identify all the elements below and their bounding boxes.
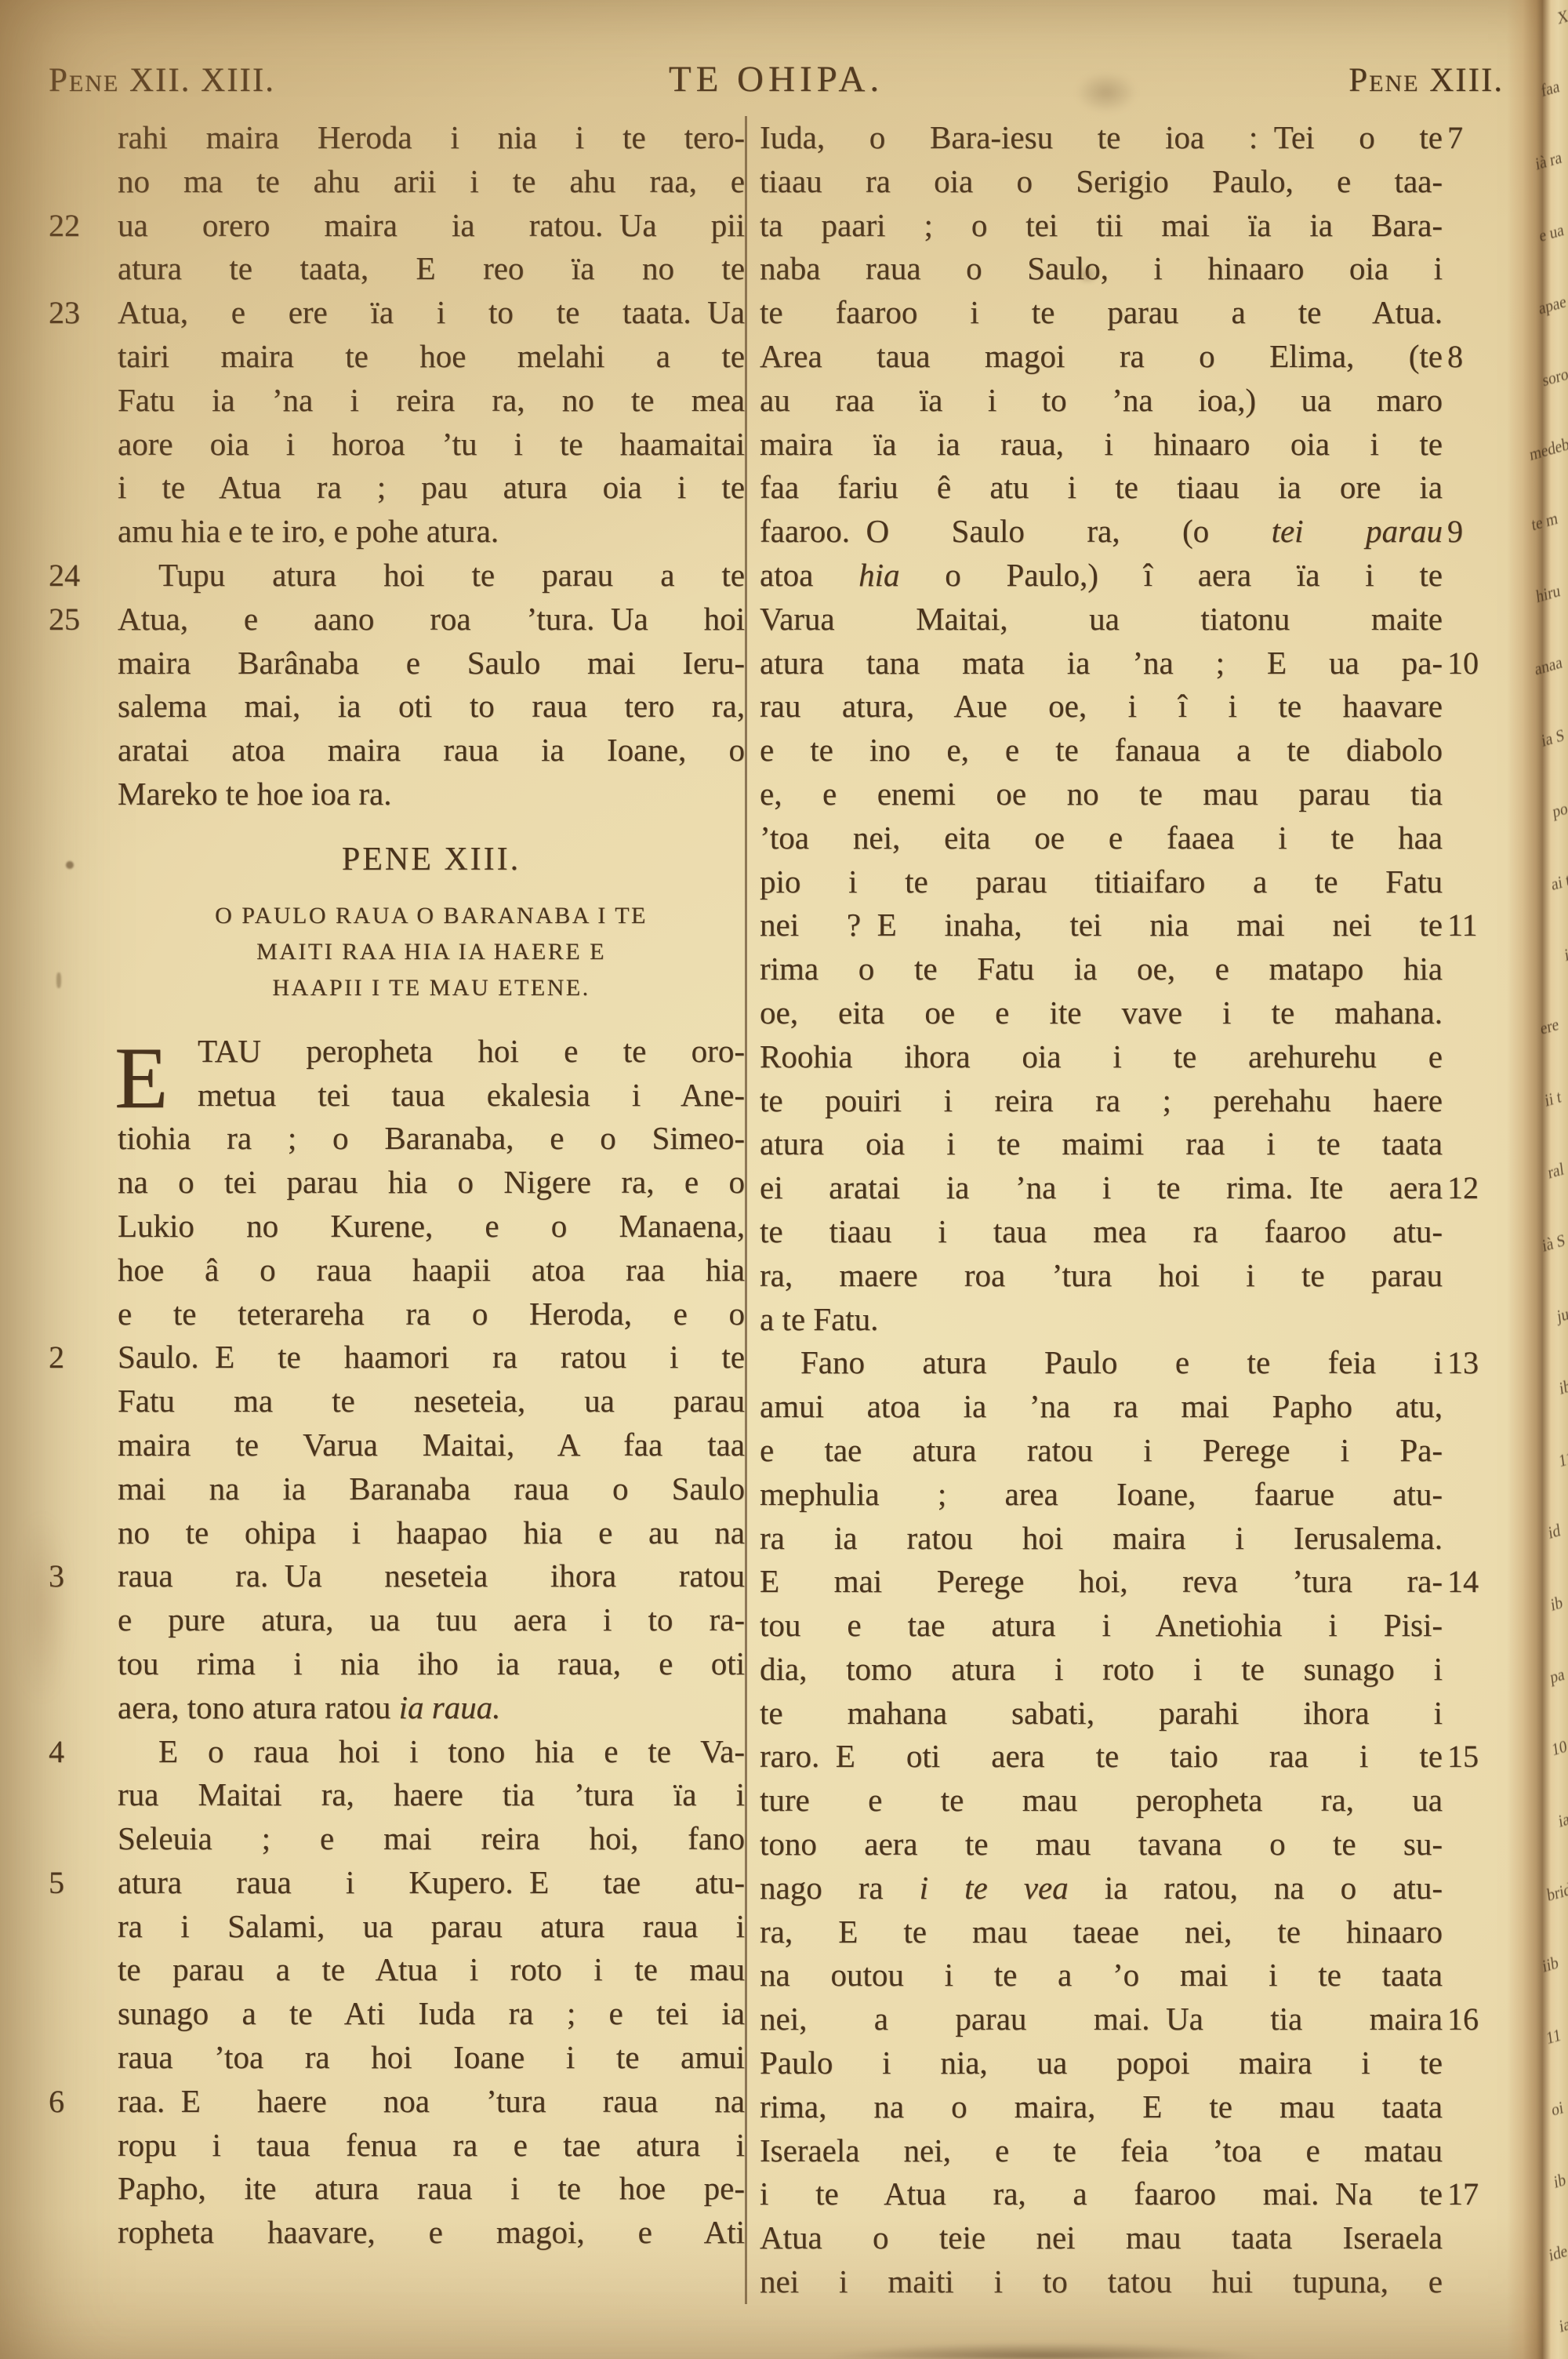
verse-number: 17 [1447,2172,1493,2216]
text-line: pio i te parau titiaifaro a te Fatu [760,860,1443,904]
text-line: ropu i taua fenua ra e tae atura i [118,2124,745,2168]
text-line-content: atura raua i Kupero. E tae atu- [118,1864,745,1900]
text-line-content: amui atoa ia ’na ra mai Papho atu, [760,1388,1443,1424]
text-line: Fano atura Paulo e te feia i13 [760,1341,1443,1385]
curl-text-fragment: ib [1553,2169,1567,2193]
text-line: atura te taata, E reo ïa no te [118,247,745,291]
text-line-content: amu hia e te iro, e pohe atura. [118,513,499,549]
text-line: Fatu ia ’na i reira ra, no te mea [118,379,745,423]
text-line-content: Tupu atura hoi te parau a te [158,557,745,593]
verse-number: 3 [49,1554,103,1598]
text-line: Mareko te hoe ioa ra. [118,772,745,816]
text-line-content: e tae atura ratou i Perege i Pa- [760,1432,1443,1468]
curl-text-fragment: id [1548,1520,1562,1543]
text-line: nei ? E inaha, tei nia mai nei te11 [760,903,1443,947]
text-line-content: Varua Maitai, ua tiatonu maite [760,601,1443,637]
text-line: rahi maira Heroda i nia i te tero- [118,116,745,160]
verse-number: 10 [1447,642,1493,685]
text-line-content: na o tei parau hia o Nigere ra, e o [118,1164,745,1200]
text-line: naba raua o Saulo, i hinaaro oia i [760,247,1443,291]
verse-number: 7 [1447,116,1493,160]
text-line-content: rima o te Fatu ia oe, e matapo hia [760,951,1443,987]
running-head-title: TE OHIPA. [669,58,884,100]
column-left: rahi maira Heroda i nia i te tero-no ma … [49,116,745,2304]
verse-number: 11 [1447,903,1493,947]
text-line-content: raua ra. Ua neseteia ihora ratou [118,1558,745,1594]
text-line: i te Atua ra ; pau atura oia i te [118,466,745,510]
text-line-content: ei aratai ia ’na i te rima. Ite aera [760,1169,1443,1205]
text-line-content: tiaau ra oia o Serigio Paulo, e taa- [760,163,1443,199]
text-line: atura raua i Kupero. E tae atu-5 [118,1861,745,1905]
curl-text-fragment: ia [1558,1808,1568,1832]
text-line-content: mai na ia Baranaba raua o Saulo [118,1470,745,1507]
text-line-content: tiohia ra ; o Baranaba, e o Simeo- [118,1120,745,1156]
curl-text-fragment: ai t [1550,870,1568,896]
text-line: te tiaau i taua mea ra faaroo atu- [760,1210,1443,1254]
text-line-content: hoe â o raua haapii atoa raa hia [118,1252,745,1288]
text-line: ta paari ; o tei tii mai ïa ia Bara- [760,204,1443,248]
text-line-content: te mahana sabati, parahi ihora i [760,1695,1443,1731]
page-curl: XIfaaià rae uaapaesoromedebte mhiruanaai… [1507,0,1568,2359]
text-line-content: e te teterareha ra o Heroda, e o [118,1296,745,1332]
text-line: Tupu atura hoi te parau a te24 [118,554,745,598]
text-line-content: ra, maere roa ’tura hoi i te parau [760,1257,1443,1293]
text-line: nago ra i te vea ia ratou, na o atu- [760,1866,1443,1910]
text-line: sunago a te Ati Iuda ra ; e tei ia [118,1992,745,2036]
verse-number: 12 [1447,1166,1493,1210]
text-line: no te ohipa i haapao hia e au na [118,1511,745,1555]
text-line: na o tei parau hia o Nigere ra, e o [118,1161,745,1205]
text-line-content: Atua, e aano roa ’tura. Ua hoi [118,601,745,637]
text-line: Roohia ihora oia i te arehurehu e [760,1035,1443,1079]
text-line-content: mephulia ; area Ioane, faarue atu- [760,1476,1443,1512]
text-line: Lukio no Kurene, e o Manaena, [118,1205,745,1249]
text-line: e te ino e, e te fanaua a te diabolo [760,729,1443,772]
text-line: Saulo. E te haamori ra ratou i te2 [118,1336,745,1379]
text-line-content: Atua, e ere ïa i to te taata. Ua [118,294,745,330]
text-line-content: nei, a parau mai. Ua tia maira [760,2001,1443,2037]
text-line: aore oia i horoa ’tu i te haamaitai [118,423,745,467]
text-line: dia, tomo atura i roto i te sunago i [760,1648,1443,1692]
text-line-content: nei ? E inaha, tei nia mai nei te [760,907,1443,943]
text-line: faaroo. O Saulo ra, (o tei parau9 [760,510,1443,554]
text-line-content: oe, eita oe e ite vave i te mahana. [760,994,1443,1030]
verse-number: 14 [1447,1560,1493,1604]
curl-text-fragment: pa [1549,1664,1566,1688]
curl-text-fragment: ib [1550,1592,1564,1616]
text-line-content: Fatu ma te neseteia, ua parau [118,1383,745,1419]
text-line-content: metua tei taua ekalesia i Ane- [198,1077,745,1113]
text-line-content: pio i te parau titiaifaro a te Fatu [760,863,1443,900]
text-line-content: rahi maira Heroda i nia i te tero- [118,119,745,155]
text-line-content: no ma te ahu arii i te ahu raa, e [118,163,745,199]
text-line: Area taua magoi ra o Elima, (te8 [760,335,1443,379]
text-line-content: a te Fatu. [760,1301,878,1337]
text-line-content: Iuda, o Bara-iesu te ioa : Tei o te [760,119,1443,155]
text-line-content: e pure atura, ua tuu aera i to ra- [118,1601,745,1637]
text-line: ei aratai ia ’na i te rima. Ite aera12 [760,1166,1443,1210]
text-line: E o raua hoi i tono hia e te Va-4 [118,1730,745,1774]
chapter-subtitle-line: MAITI RAA HIA IA HAERE E [118,934,745,970]
text-line-content: e, e enemi oe no te mau parau tia [760,776,1443,812]
verse-number: 2 [49,1336,103,1379]
text-line-content: Papho, ite atura raua i te hoe pe- [118,2170,745,2206]
text-line: raua ’toa ra hoi Ioane i te amui [118,2036,745,2080]
running-header: Pene XII. XIII. TE OHIPA. Pene XIII. [49,58,1504,100]
text-line-content: Fatu ia ’na i reira ra, no te mea [118,382,745,418]
text-line-content: i te Atua ra ; pau atura oia i te [118,469,745,505]
text-line: Iuda, o Bara-iesu te ioa : Tei o te7 [760,116,1443,160]
text-line: mephulia ; area Ioane, faarue atu- [760,1473,1443,1517]
text-line: oe, eita oe e ite vave i te mahana. [760,991,1443,1035]
text-line: te faaroo i te parau a te Atua. [760,291,1443,335]
text-line-content: ra ia ratou hoi maira i Ierusalema. [760,1520,1443,1556]
text-line-content: tairi maira te hoe melahi a te [118,338,745,374]
text-line-content: maira te Varua Maitai, A faa taa [118,1427,745,1463]
text-line: raro. E oti aera te taio raa i te15 [760,1735,1443,1779]
curl-text-fragment: XI [1556,4,1568,29]
text-line-content: au raa ïa i to ’na ioa,) ua maro [760,382,1443,418]
verse-number: 5 [49,1861,103,1905]
text-line: ra, maere roa ’tura hoi i te parau [760,1254,1443,1298]
text-line-content: aera, tono atura ratou ia raua. [118,1689,500,1725]
text-line: no ma te ahu arii i te ahu raa, e [118,160,745,204]
text-line-content: maira Barânaba e Saulo mai Ieru- [118,645,745,681]
text-line: rua Maitai ra, haere tia ’tura ïa i [118,1773,745,1817]
text-columns: rahi maira Heroda i nia i te tero-no ma … [49,116,1504,2304]
text-line: ra ia ratou hoi maira i Ierusalema. [760,1517,1443,1561]
curl-text-fragment: oi [1551,2097,1565,2121]
text-line-content: Mareko te hoe ioa ra. [118,776,391,812]
text-line: tairi maira te hoe melahi a te [118,335,745,379]
text-line-content: rua Maitai ra, haere tia ’tura ïa i [118,1776,745,1812]
text-line-content: salema mai, ia oti to raua tero ra, [118,688,745,724]
text-line: amu hia e te iro, e pohe atura. [118,510,745,554]
text-line: a te Fatu. [760,1298,1443,1342]
text-line-content: tou e tae atura i Anetiohia i Pisi- [760,1607,1443,1643]
text-line-content: atura tana mata ia ’na ; E ua pa- [760,645,1443,681]
text-line: i te Atua ra, a faaroo mai. Na te17 [760,2172,1443,2216]
chapter-subtitle: O PAULO RAUA O BARANABA I TEMAITI RAA HI… [118,898,745,1006]
text-line-content: ua orero maira ia ratou. Ua pii [118,207,745,243]
verse-number: 4 [49,1730,103,1774]
text-line: tou rima i nia iho ia raua, e oti [118,1642,745,1686]
text-line: Atua, e ere ïa i to te taata. Ua23 [118,291,745,335]
text-line: aera, tono atura ratou ia raua. [118,1686,745,1730]
text-line: ture e te mau peropheta ra, ua [760,1779,1443,1823]
text-line-content: E mai Perege hoi, reva ’tura ra- [760,1563,1443,1599]
column-right: Iuda, o Bara-iesu te ioa : Tei o te7tiaa… [747,116,1504,2304]
text-line: nei i maiti i to tatou hui tupuna, e [760,2260,1443,2304]
text-line: raua ra. Ua neseteia ihora ratou3 [118,1554,745,1598]
text-line-content: ’toa nei, eita oe e faaea i te haa [760,820,1443,856]
text-line-content: sunago a te Ati Iuda ra ; e tei ia [118,1995,745,2031]
text-line-content: Area taua magoi ra o Elima, (te [760,338,1443,374]
text-line: Seleuia ; e mai reira hoi, fano [118,1817,745,1861]
text-line: rima, na o maira, E te mau taata [760,2085,1443,2129]
curl-text-fragment: 10 [1551,1736,1568,1760]
text-line: te mahana sabati, parahi ihora i [760,1692,1443,1736]
verse-number: 6 [49,2080,103,2124]
text-line: e pure atura, ua tuu aera i to ra- [118,1598,745,1642]
text-line-content: atura oia i te maimi raa i te taata [760,1125,1443,1161]
text-line: ra i Salami, ua parau atura raua i [118,1905,745,1949]
curl-text-fragment: ral [1547,1158,1565,1183]
text-line: tou e tae atura i Anetiohia i Pisi- [760,1604,1443,1648]
text-line-content: aratai atoa maira raua ia Ioane, o [118,732,745,768]
curl-text-fragment: 11 [1558,1447,1568,1471]
text-line: e, e enemi oe no te mau parau tia [760,772,1443,816]
text-line: amui atoa ia ’na ra mai Papho atu, [760,1385,1443,1429]
text-line-content: ropheta haavare, e magoi, e Ati [118,2214,745,2250]
text-line: raa. E haere noa ’tura raua na6 [118,2080,745,2124]
text-line-content: te pouiri i reira ra ; perehahu haere [760,1082,1443,1118]
text-line-content: Paulo i nia, ua popoi maira i te [760,2045,1443,2081]
text-line: tiohia ra ; o Baranaba, e o Simeo- [118,1117,745,1161]
verse-number: 15 [1447,1735,1493,1779]
text-line: atura oia i te maimi raa i te taata [760,1122,1443,1166]
text-line: e te teterareha ra o Heroda, e o [118,1292,745,1336]
text-line-content: raa. E haere noa ’tura raua na [118,2083,745,2119]
running-head-right: Pene XIII. [884,61,1504,100]
text-line-content: no te ohipa i haapao hia e au na [118,1514,745,1550]
text-line-content: maira ïa ia raua, i hinaaro oia i te [760,426,1443,462]
text-line: maira Barânaba e Saulo mai Ieru- [118,642,745,685]
text-line-content: atura te taata, E reo ïa no te [118,250,745,286]
text-line: maira te Varua Maitai, A faa taa [118,1423,745,1467]
text-line-content: raua ’toa ra hoi Ioane i te amui [118,2039,745,2075]
chapter-subtitle-line: HAAPII I TE MAU ETENE. [118,970,745,1006]
text-line: atura tana mata ia ’na ; E ua pa-10 [760,642,1443,685]
text-line-content: te tiaau i taua mea ra faaroo atu- [760,1213,1443,1249]
text-line: Atua, e aano roa ’tura. Ua hoi25 [118,598,745,642]
text-line-content: Iseraela nei, e te feia ’toa e matau [760,2132,1443,2168]
text-line: mai na ia Baranaba raua o Saulo [118,1467,745,1511]
text-line: ua orero maira ia ratou. Ua pii22 [118,204,745,248]
curl-text-fragment: ju [1556,1303,1568,1327]
text-line: Varua Maitai, ua tiatonu maite [760,598,1443,642]
text-line-content: rau atura, Aue oe, i î i te haavare [760,688,1443,724]
text-line: E mai Perege hoi, reva ’tura ra-14 [760,1560,1443,1604]
text-line-content: aore oia i horoa ’tu i te haamaitai [118,426,745,462]
text-line: nei, a parau mai. Ua tia maira16 [760,1997,1443,2041]
book-page: Pene XII. XIII. TE OHIPA. Pene XIII. rah… [0,0,1568,2359]
text-line: Paulo i nia, ua popoi maira i te [760,2041,1443,2085]
text-line-content: rima, na o maira, E te mau taata [760,2088,1443,2125]
verse-number: 16 [1447,1997,1493,2041]
drop-cap-paragraph: ETAU peropheta hoi e te oro-metua tei ta… [118,1030,745,1118]
text-line: e tae atura ratou i Perege i Pa- [760,1429,1443,1473]
text-line: na outou i te a ’o mai i te taata [760,1954,1443,1997]
text-line: hoe â o raua haapii atoa raa hia [118,1249,745,1292]
verse-number: 8 [1447,335,1493,379]
text-line: Atua o teie nei mau taata Iseraela [760,2216,1443,2260]
text-line: Papho, ite atura raua i te hoe pe- [118,2167,745,2211]
text-line: ’toa nei, eita oe e faaea i te haa [760,816,1443,860]
text-line-content: nei i maiti i to tatou hui tupuna, e [760,2263,1443,2299]
text-line: Iseraela nei, e te feia ’toa e matau [760,2129,1443,2173]
text-line: salema mai, ia oti to raua tero ra, [118,685,745,729]
text-line: aratai atoa maira raua ia Ioane, o [118,729,745,772]
curl-text-fragment: po [1552,798,1568,822]
text-line: TAU peropheta hoi e te oro- [118,1030,745,1074]
text-line: ra, E te mau taeae nei, te hinaaro [760,1910,1443,1954]
text-line-content: ropu i taua fenua ra e tae atura i [118,2127,745,2163]
text-line-content: ta paari ; o tei tii mai ïa ia Bara- [760,207,1443,243]
text-line-content: Roohia ihora oia i te arehurehu e [760,1038,1443,1074]
text-line-content: te faaroo i te parau a te Atua. [760,294,1443,330]
text-line: Fatu ma te neseteia, ua parau [118,1379,745,1423]
text-line-content: Atua o teie nei mau taata Iseraela [760,2219,1443,2255]
curl-text-fragment: 11 [1545,2024,1562,2048]
text-line: atoa hia o Paulo,) î aera ïa i te [760,554,1443,598]
text-line-content: na outou i te a ’o mai i te taata [760,1957,1443,1993]
text-line-content: Lukio no Kurene, e o Manaena, [118,1208,745,1244]
text-line-content: TAU peropheta hoi e te oro- [198,1033,745,1069]
verse-number: 23 [49,291,103,335]
verse-number: 25 [49,598,103,642]
text-line-content: atoa hia o Paulo,) î aera ïa i te [760,557,1443,593]
text-line-content: naba raua o Saulo, i hinaaro oia i [760,250,1443,286]
text-line-content: ra i Salami, ua parau atura raua i [118,1908,745,1944]
text-line-content: i te Atua ra, a faaroo mai. Na te [760,2175,1443,2212]
text-line-content: faa fariu ê atu i te tiaau ia ore ia [760,469,1443,505]
text-line: te parau a te Atua i roto i te mau [118,1948,745,1992]
text-line-content: te parau a te Atua i roto i te mau [118,1951,745,1987]
chapter-heading: PENE XIII. [118,840,745,879]
curl-text-fragment: ia [1559,2314,1568,2337]
chapter-subtitle-line: O PAULO RAUA O BARANABA I TE [118,898,745,934]
text-line: ropheta haavare, e magoi, e Ati [118,2211,745,2255]
verse-number: 13 [1447,1341,1493,1385]
verse-number: 24 [49,554,103,598]
text-line-content: nago ra i te vea ia ratou, na o atu- [760,1870,1443,1906]
verse-number: 22 [49,204,103,248]
text-line-content: ture e te mau peropheta ra, ua [760,1782,1443,1818]
text-line: faa fariu ê atu i te tiaau ia ore ia [760,466,1443,510]
text-line-content: E o raua hoi i tono hia e te Va- [158,1733,745,1769]
text-line-content: faaroo. O Saulo ra, (o tei parau [760,513,1443,549]
page-bottom-shadow [815,2340,1270,2359]
text-line: rau atura, Aue oe, i î i te haavare [760,685,1443,729]
text-line: au raa ïa i to ’na ioa,) ua maro [760,379,1443,423]
running-head-left: Pene XII. XIII. [49,61,669,100]
text-line-content: ra, E te mau taeae nei, te hinaaro [760,1914,1443,1950]
text-line-content: dia, tomo atura i roto i te sunago i [760,1651,1443,1687]
text-line: te pouiri i reira ra ; perehahu haere [760,1079,1443,1123]
text-line-content: raro. E oti aera te taio raa i te [760,1738,1443,1774]
text-line: maira ïa ia raua, i hinaaro oia i te [760,423,1443,467]
curl-text-fragment: ib [1559,1376,1568,1399]
text-line: metua tei taua ekalesia i Ane- [118,1074,745,1118]
text-line-content: e te ino e, e te fanaua a te diabolo [760,732,1443,768]
text-line-content: Seleuia ; e mai reira hoi, fano [118,1820,745,1856]
text-line-content: Saulo. E te haamori ra ratou i te [118,1339,745,1375]
text-line: tono aera te mau tavana o te su- [760,1823,1443,1866]
text-line: rima o te Fatu ia oe, e matapo hia [760,947,1443,991]
verse-number: 9 [1447,510,1493,554]
curl-text-fragment: iib [1541,1952,1559,1977]
text-line: tiaau ra oia o Serigio Paulo, e taa- [760,160,1443,204]
text-line-content: tou rima i nia iho ia raua, e oti [118,1645,745,1681]
text-line-content: tono aera te mau tavana o te su- [760,1826,1443,1862]
text-line-content: Fano atura Paulo e te feia i [800,1344,1443,1380]
